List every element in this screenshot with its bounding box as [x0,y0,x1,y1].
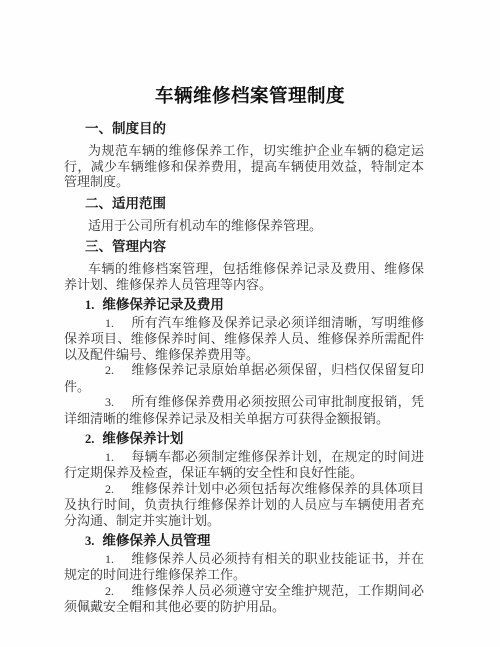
item-number: 2. [105,584,114,598]
document-title: 车辆维修档案管理制度 [0,86,500,106]
section-heading-2: 二、适用范围 [85,196,424,212]
subsection-title: 维修保养计划 [102,431,183,446]
section-paragraph-1: 为规范车辆的维修保养工作，切实维护企业车辆的稳定运行，减少车辆维修和保养费用，提… [64,143,424,190]
item-text: 维修保养人员必须持有相关的职业技能证书，并在规定的时间进行维修保养工作。 [64,551,424,583]
list-item: 2.维修保养计划中必须包括每次维修保养的具体项目及执行时间，负责执行维修保养计划… [64,481,424,529]
subsection-title: 维修保养人员管理 [102,533,210,548]
subsection-heading-3: 3.维修保养人员管理 [85,533,424,549]
item-number: 1. [105,450,114,464]
section-heading-1: 一、制度目的 [85,121,424,137]
subsection-number: 1. [85,297,94,313]
item-number: 2. [105,363,114,377]
item-number: 3. [105,395,114,409]
list-item: 1.维修保养人员必须持有相关的职业技能证书，并在规定的时间进行维修保养工作。 [64,551,424,583]
subsection-heading-2: 2.维修保养计划 [85,431,424,447]
list-item: 1.每辆车都必须制定维修保养计划，在规定的时间进行定期保养及检查，保证车辆的安全… [64,449,424,481]
subsection-title: 维修保养记录及费用 [102,297,224,312]
item-text: 每辆车都必须制定维修保养计划，在规定的时间进行定期保养及检查，保证车辆的安全性和… [64,449,424,481]
item-text: 维修保养人员必须遵守安全维护规范，工作期间必须佩戴安全帽和其他必要的防护用品。 [64,583,424,615]
item-number: 1. [105,552,114,566]
list-item: 2.维修保养人员必须遵守安全维护规范，工作期间必须佩戴安全帽和其他必要的防护用品… [64,583,424,615]
item-text: 所有维修保养费用必须按照公司审批制度报销，凭详细清晰的维修保养记录及相关单据方可… [64,394,424,426]
item-number: 2. [105,482,114,496]
document-page: 车辆维修档案管理制度 一、制度目的 为规范车辆的维修保养工作，切实维护企业车辆的… [0,0,500,647]
list-item: 1.所有汽车维修及保养记录必须详细清晰，写明维修保养项目、维修保养时间、维修保养… [64,315,424,363]
subsection-heading-1: 1.维修保养记录及费用 [85,297,424,313]
item-text: 维修保养记录原始单据必须保留，归档仅保留复印件。 [64,362,424,394]
section-paragraph-3: 车辆的维修档案管理，包括维修保养记录及费用、维修保养计划、维修保养人员管理等内容… [64,261,424,292]
list-item: 2.维修保养记录原始单据必须保留，归档仅保留复印件。 [64,362,424,394]
item-text: 维修保养计划中必须包括每次维修保养的具体项目及执行时间，负责执行维修保养计划的人… [64,481,424,528]
item-text: 所有汽车维修及保养记录必须详细清晰，写明维修保养项目、维修保养时间、维修保养人员… [64,315,424,362]
section-paragraph-2: 适用于公司所有机动车的维修保养管理。 [64,218,424,234]
section-heading-3: 三、管理内容 [85,239,424,255]
subsection-number: 3. [85,533,94,549]
subsection-number: 2. [85,431,94,447]
item-number: 1. [105,316,114,330]
list-item: 3.所有维修保养费用必须按照公司审批制度报销，凭详细清晰的维修保养记录及相关单据… [64,394,424,426]
